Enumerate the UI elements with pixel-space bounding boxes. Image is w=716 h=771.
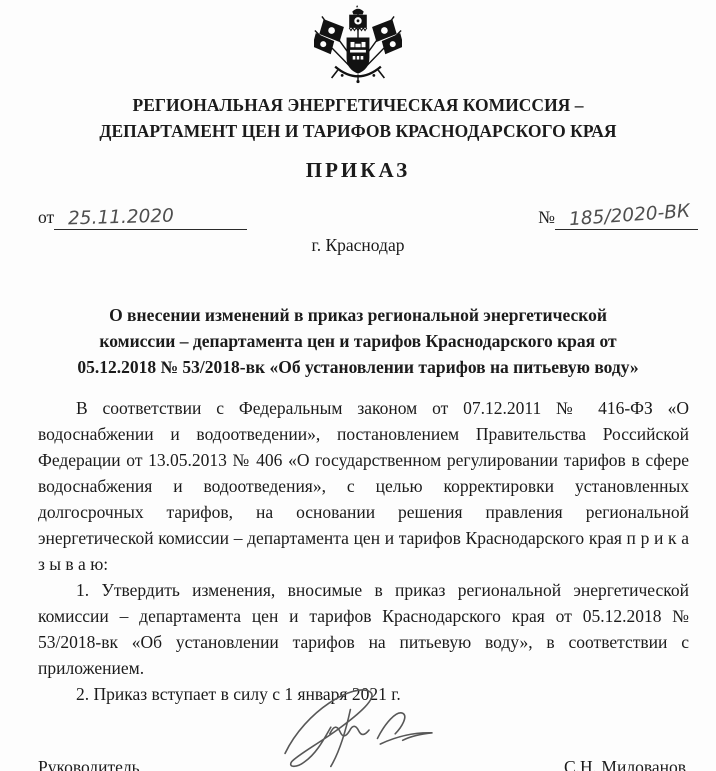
coat-of-arms-icon xyxy=(314,5,402,84)
number-label: № xyxy=(538,207,555,227)
date-field: от25.11.2020 xyxy=(38,207,247,230)
body-paragraph: 2. Приказ вступает в силу с 1 января 202… xyxy=(38,681,689,707)
meta-row: от25.11.2020 №185/2020-ВК xyxy=(0,207,716,230)
signature-row: Руководитель С.Н. Милованов xyxy=(0,757,716,771)
doc-type-heading: ПРИКАЗ xyxy=(0,158,716,183)
org-name-line2: ДЕПАРТАМЕНТ ЦЕН И ТАРИФОВ КРАСНОДАРСКОГО… xyxy=(43,119,673,144)
number-field: №185/2020-ВК xyxy=(538,207,698,230)
document-page: РЕГИОНАЛЬНАЯ ЭНЕРГЕТИЧЕСКАЯ КОМИССИЯ – Д… xyxy=(0,0,716,771)
document-title: О внесении изменений в приказ региональн… xyxy=(74,302,642,380)
document-body: В соответствии с Федеральным законом от … xyxy=(0,395,716,707)
signer-name: С.Н. Милованов xyxy=(564,757,686,771)
org-name: РЕГИОНАЛЬНАЯ ЭНЕРГЕТИЧЕСКАЯ КОМИССИЯ – Д… xyxy=(43,93,673,144)
body-paragraph: 1. Утвердить изменения, вносимые в прика… xyxy=(38,577,689,681)
org-name-line1: РЕГИОНАЛЬНАЯ ЭНЕРГЕТИЧЕСКАЯ КОМИССИЯ – xyxy=(43,93,673,118)
body-paragraph: В соответствии с Федеральным законом от … xyxy=(38,395,689,577)
date-handwritten-value: 25.11.2020 xyxy=(68,206,174,230)
number-underline: 185/2020-ВК xyxy=(555,207,698,230)
date-underline: 25.11.2020 xyxy=(54,207,247,230)
number-handwritten-value: 185/2020-ВК xyxy=(568,201,690,230)
signer-role: Руководитель xyxy=(38,757,140,771)
city-line: г. Краснодар xyxy=(0,235,716,256)
date-label: от xyxy=(38,207,54,227)
